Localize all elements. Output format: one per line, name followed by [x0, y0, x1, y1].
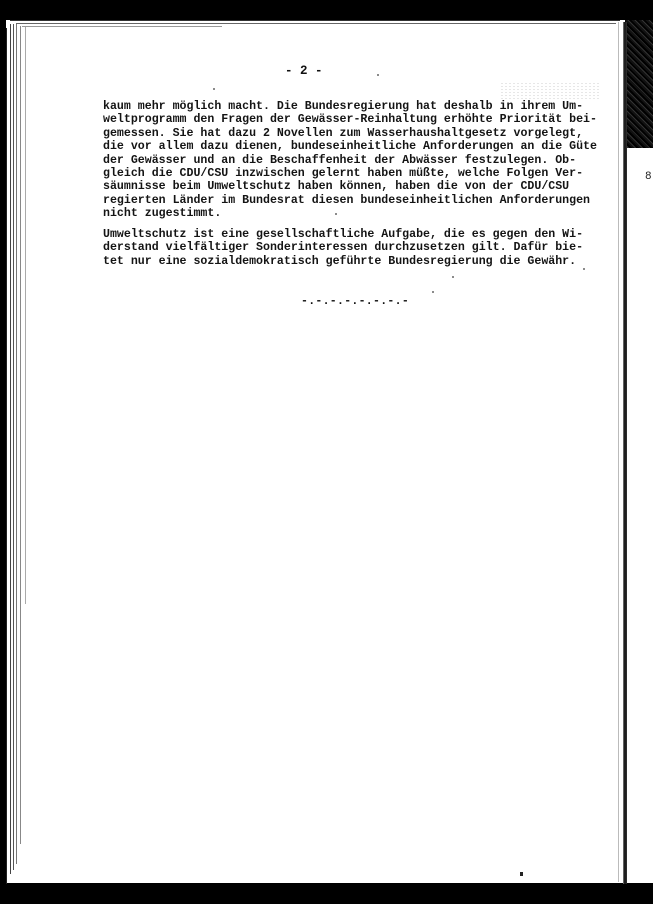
text-line: weltprogramm den Fragen der Gewässer-Rei…	[103, 113, 597, 126]
scanned-document: 8 - 2 - kaum mehr möglich macht. Die Bun…	[0, 0, 653, 904]
page-top-edge	[16, 23, 616, 24]
page-fold-line	[618, 22, 619, 882]
adjacent-page	[625, 20, 653, 883]
page-top-edge	[22, 26, 222, 27]
text-line: die vor allem dazu dienen, bundeseinheit…	[103, 140, 597, 153]
page-stack-edge	[13, 24, 14, 870]
scan-speck	[452, 276, 454, 278]
page-stack-edge	[20, 26, 21, 844]
page-stack-edge	[6, 28, 7, 884]
text-line: nicht zugestimmt.	[103, 207, 597, 220]
text-line: kaum mehr möglich macht. Die Bundesregie…	[103, 100, 597, 113]
text-line: Umweltschutz ist eine gesellschaftliche …	[103, 228, 583, 241]
scan-noise	[500, 82, 600, 100]
text-line: derstand vielfältiger Sonderinteressen d…	[103, 241, 583, 254]
text-line: gemessen. Sie hat dazu 2 Novellen zum Wa…	[103, 127, 597, 140]
scan-speck	[377, 74, 379, 76]
text-line: regierten Länder im Bundesrat diesen bun…	[103, 194, 597, 207]
scan-speck	[432, 291, 434, 293]
book-spine	[623, 22, 627, 884]
page-top-edge	[10, 20, 620, 21]
page-number: - 2 -	[285, 64, 323, 78]
text-line: säumnisse beim Umweltschutz haben können…	[103, 180, 597, 193]
scan-speck	[583, 268, 585, 270]
text-line: gleich die CDU/CSU inzwischen gelernt ha…	[103, 167, 597, 180]
scan-speck	[520, 872, 523, 876]
page-stack-edge	[25, 27, 26, 604]
text-line: der Gewässer und an die Beschaffenheit d…	[103, 154, 597, 167]
adjacent-page-dark-region	[625, 20, 653, 148]
paragraph: kaum mehr möglich macht. Die Bundesregie…	[103, 100, 597, 221]
text-line: tet nur eine sozialdemokratisch geführte…	[103, 255, 583, 268]
page-stack-edge	[10, 24, 11, 874]
end-of-text-separator: -.-.-.-.-.-.-.-	[301, 295, 409, 308]
page-stack-edge	[16, 24, 17, 864]
paragraph: Umweltschutz ist eine gesellschaftliche …	[103, 228, 583, 268]
scan-speck	[213, 88, 215, 90]
adjacent-page-text: 8	[645, 171, 652, 183]
